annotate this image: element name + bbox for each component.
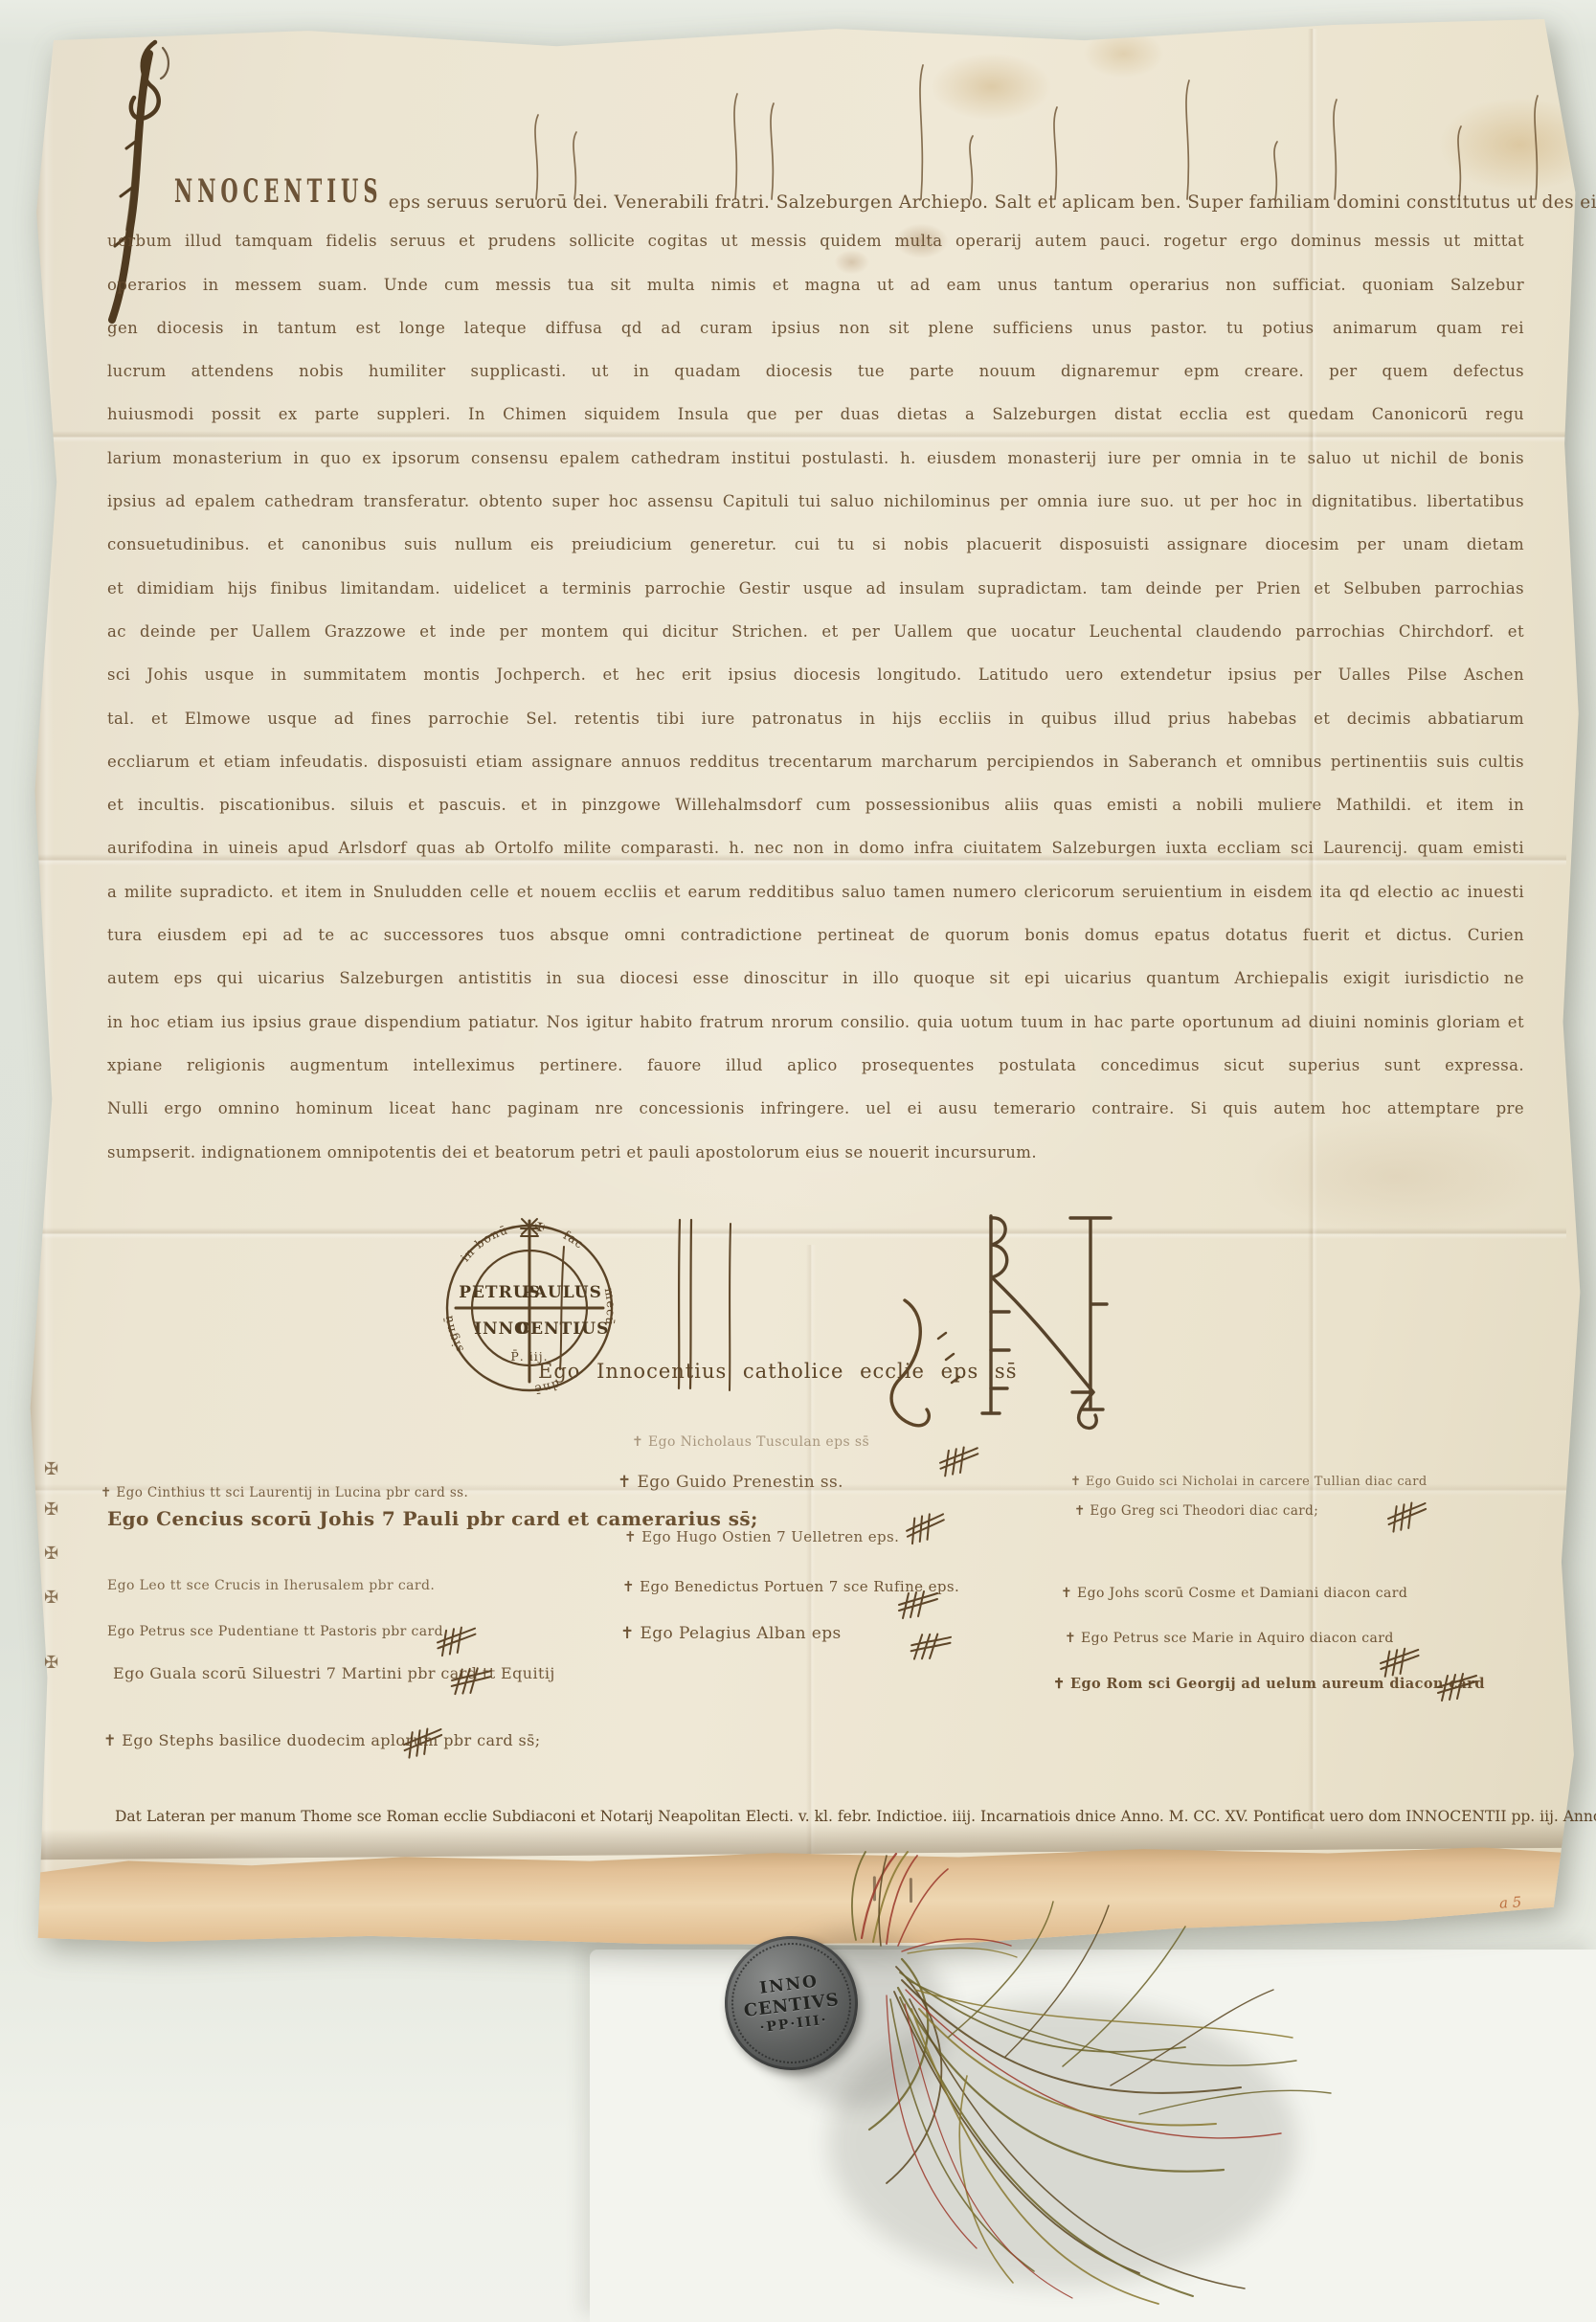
pope-subscription-line: Ego Innocentius catholice ecclie eps ss̄ [538, 1360, 1017, 1383]
cardinal-signature: ✝ Ego Hugo Ostien 7 Uelletren eps. [624, 1528, 899, 1545]
seal-silk-threads [661, 1846, 1350, 2322]
pen-flourish [1436, 1674, 1478, 1702]
cardinal-signature: ✝ Ego Cinthius tt sci Laurentij in Lucin… [101, 1485, 468, 1500]
seal-inscription: INNO CENTIVS ·PP·III· [717, 1928, 865, 2078]
pen-flourish [897, 1591, 939, 1620]
cardinal-signature: ✝ Ego Pelagius Alban eps [620, 1624, 842, 1643]
cardinal-signature: Ego Leo tt sce Crucis in Iherusalem pbr … [107, 1578, 435, 1593]
lead-bulla-seal: INNO CENTIVS ·PP·III· [717, 1928, 865, 2078]
cardinal-signature: Ego Petrus sce Pudentiane tt Pastoris pb… [107, 1624, 448, 1639]
cardinal-signature: ✝ Ego Nicholaus Tusculan eps ss̄ [632, 1434, 869, 1450]
body-line: NNOCENTIUS eps seruus seruorū dei. Vener… [107, 189, 1524, 232]
body-line: operarios in messem suam. Unde cum messi… [107, 276, 1524, 319]
charter-text-block: NNOCENTIUS eps seruus seruorū dei. Vener… [107, 189, 1524, 1186]
body-line: huiusmodi possit ex parte suppleri. In C… [107, 405, 1524, 448]
margin-cross: ✠ [44, 1459, 58, 1479]
cardinal-signature: ✝ Ego Stephs basilice duodecim aplorum p… [103, 1731, 541, 1749]
bene-valete-monogram [959, 1205, 1141, 1434]
archive-mark: a 5 [1498, 1893, 1521, 1912]
body-line: et incultis. piscationibus. siluis et pa… [107, 796, 1524, 839]
body-line: ipsius ad epalem cathedram transferatur.… [107, 492, 1524, 535]
body-line: consuetudinibus. et canonibus suis nullu… [107, 535, 1524, 578]
body-line: a milite supradicto. et item in Snuludde… [107, 883, 1524, 926]
pen-flourish [401, 1727, 446, 1760]
photograph-of-papal-charter: NNOCENTIUS eps seruus seruorū dei. Vener… [0, 0, 1596, 2322]
margin-cross: ✠ [44, 1544, 58, 1564]
cardinal-signature: ✝ Ego Rom sci Georgij ad uelum aureum di… [1053, 1676, 1485, 1692]
margin-cross: ✠ [44, 1588, 58, 1608]
body-line: aurifodina in uineis apud Arlsdorf quas … [107, 839, 1524, 882]
cardinal-signature: ✝ Ego Greg sci Theodori diac card; [1074, 1503, 1318, 1519]
body-line: autem eps qui uicarius Salzeburgen antis… [107, 969, 1524, 1012]
pen-flourish [1378, 1648, 1422, 1679]
margin-cross: ✠ [44, 1653, 58, 1673]
pen-flourish [937, 1446, 981, 1478]
body-line: in hoc etiam ius ipsius graue dispendium… [107, 1013, 1524, 1056]
margin-cross: ✠ [44, 1499, 58, 1520]
cardinal-signature: ✝ Ego Johs scorū Cosme et Damiani diacon… [1061, 1586, 1407, 1601]
pen-flourish [449, 1667, 493, 1698]
pen-flourish [909, 1632, 953, 1664]
dating-clause: Dat Lateran per manum Thome sce Roman ec… [115, 1808, 1562, 1825]
body-line: ac deinde per Uallem Grazzowe et inde pe… [107, 622, 1524, 665]
cardinal-signature: ✝ Ego Petrus sce Marie in Aquiro diacon … [1065, 1631, 1394, 1646]
cardinal-signature: Ego Cencius scorū Johis 7 Pauli pbr card… [107, 1507, 758, 1530]
body-line: larium monasterium in quo ex ipsorum con… [107, 449, 1524, 492]
body-line: Nulli ergo omnino hominum liceat hanc pa… [107, 1099, 1524, 1142]
cardinal-signature: ✝ Ego Guido Prenestin ss. [618, 1473, 843, 1492]
cardinal-signature: ✝ Ego Guido sci Nicholai in carcere Tull… [1070, 1475, 1427, 1489]
body-line: lucrum attendens nobis humiliter supplic… [107, 362, 1524, 405]
subscription-ascenders [517, 1205, 977, 1444]
body-line: eccliarum et etiam infeudatis. disposuis… [107, 753, 1524, 796]
body-line: xpiane religionis augmentum intelleximus… [107, 1056, 1524, 1099]
body-line: et dimidiam hijs finibus limitandam. uid… [107, 579, 1524, 622]
svg-text:signū: signū [440, 1314, 466, 1356]
pen-flourish [903, 1512, 949, 1546]
body-line: gen diocesis in tantum est longe lateque… [107, 319, 1524, 362]
elongated-first-word: NNOCENTIUS [174, 171, 383, 210]
body-line: tal. et Elmowe usque ad fines parrochie … [107, 710, 1524, 753]
body-line: uerbum illud tamquam fidelis seruus et p… [107, 232, 1524, 275]
body-line: sci Johis usque in summitatem montis Joc… [107, 665, 1524, 709]
body-line: sumpserit. indignationem omnipotentis de… [107, 1143, 1524, 1186]
pen-flourish [435, 1627, 479, 1658]
pen-flourish [1385, 1501, 1430, 1534]
body-line: tura eiusdem epi ad te ac successores tu… [107, 926, 1524, 969]
